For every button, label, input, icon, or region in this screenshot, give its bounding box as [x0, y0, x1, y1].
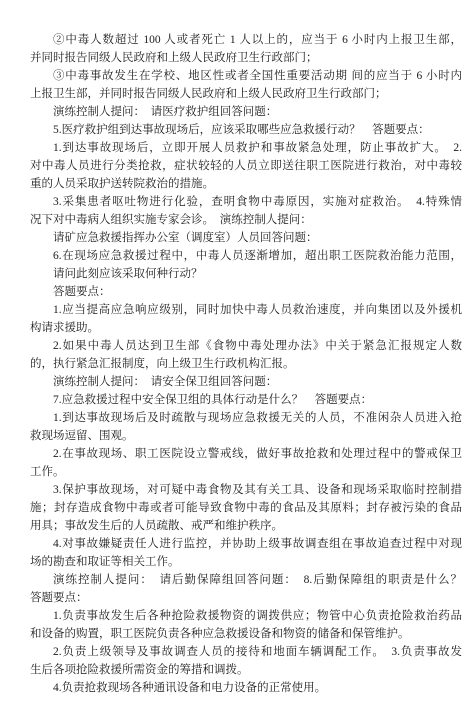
document-line: 并同时报告同级人民政府和上级人民政府卫生行政部门； [30, 49, 462, 67]
document-line: 5.医疗救护组到达事故现场后，应该采取哪些应急救援行动？ 答题要点： [30, 121, 462, 139]
document-line: 7.应急救援过程中安全保卫组的具体行动是什么？ 答题要点： [30, 391, 462, 409]
document-line: 1.应当提高应急响应级别，同时加快中毒人员救治速度，并向集团以及外援机 [30, 301, 462, 319]
document-line: 的，执行紧急汇报制度，向上级卫生行政机构汇报。 [30, 355, 462, 373]
document-line: 演练控制人提问： 请安全保卫组回答问题： [30, 373, 462, 391]
document-line: 演练控制人提问： 请后勤保障组回答问题： 8.后勤保障组的职责是什么？ [30, 571, 462, 589]
document-line: 2.负责上级领导及事故调查人员的接待和地面车辆调配工作。 3.负责事故发 [30, 643, 462, 661]
document-line: 演练控制人提问： 请医疗救护组回答问题： [30, 103, 462, 121]
document-line: 3.保护事故现场，对可疑中毒食物及其有关工具、设备和现场采取临时控制措 [30, 481, 462, 499]
document-line: 2.在事故现场、职工医院设立警戒线，做好事故抢救和处理过程中的警戒保卫 [30, 445, 462, 463]
document-line: 3.采集患者呕吐物进行化验，查明食物中毒原因，实施对症救治。 4.特殊情 [30, 193, 462, 211]
document-line: 4.负责抢救现场各种通讯设备和电力设备的正常使用。 [30, 679, 462, 697]
document-line: 施；封存造成食物中毒或者可能导致食物中毒的食品及其原料；封存被污染的食品 [30, 499, 462, 517]
document-line: ③中毒事故发生在学校、地区性或者全国性重要活动期 间的应当于 6 小时内 [30, 67, 462, 85]
document-text-block: ②中毒人数超过 100 人或者死亡 1 人以上的，应当于 6 小时内上报卫生部，… [30, 31, 462, 697]
document-line: 请矿应急救援指挥办公室（调度室）人员回答问题： [30, 229, 462, 247]
document-line: 上报卫生部，并同时报告同级人民政府和上级人民政府卫生行政部门； [30, 85, 462, 103]
document-line: 答题要点： [30, 283, 462, 301]
document-line: 生后各项抢险救援所需资金的筹措和调拨。 [30, 661, 462, 679]
document-line: 4.对事故嫌疑责任人进行监控，并协助上级事故调查组在事故追查过程中对现 [30, 535, 462, 553]
document-line: 答题要点： [30, 589, 462, 607]
document-line: ②中毒人数超过 100 人或者死亡 1 人以上的，应当于 6 小时内上报卫生部， [30, 31, 462, 49]
document-line: 对中毒人员进行分类抢救，症状较轻的人员立即送往职工医院进行救治，对中毒较 [30, 157, 462, 175]
document-line: 1.负责事故发生后各种抢险救援物资的调拨供应；物管中心负责抢险救治药品 [30, 607, 462, 625]
document-line: 请问此刻应该采取何种行动？ [30, 265, 462, 283]
document-line: 救现场逗留、围观。 [30, 427, 462, 445]
document-line: 重的人员采取护送转院救治的措施。 [30, 175, 462, 193]
document-line: 和设备的购置，职工医院负责各种应急救援设备和物资的储备和保管维护。 [30, 625, 462, 643]
document-line: 6.在现场应急救援过程中，中毒人员逐渐增加，超出职工医院救治能力范围， [30, 247, 462, 265]
document-line: 1.到达事故现场后及时疏散与现场应急救援无关的人员，不准闲杂人员进入抢 [30, 409, 462, 427]
document-line: 构请求援助。 [30, 319, 462, 337]
document-line: 工作。 [30, 463, 462, 481]
document-line: 1.到达事故现场后，立即开展人员救护和事故紧急处理，防止事故扩大。 2. [30, 139, 462, 157]
document-line: 场的勘查和取证等相关工作。 [30, 553, 462, 571]
document-line: 况下对中毒病人组织实施专家会诊。 演练控制人提问： [30, 211, 462, 229]
document-page: ②中毒人数超过 100 人或者死亡 1 人以上的，应当于 6 小时内上报卫生部，… [0, 0, 472, 722]
document-line: 2.如果中毒人员达到卫生部《食物中毒处理办法》中关于紧急汇报规定人数 [30, 337, 462, 355]
document-line: 用具；事故发生后的人员疏散、戒严和维护秩序。 [30, 517, 462, 535]
